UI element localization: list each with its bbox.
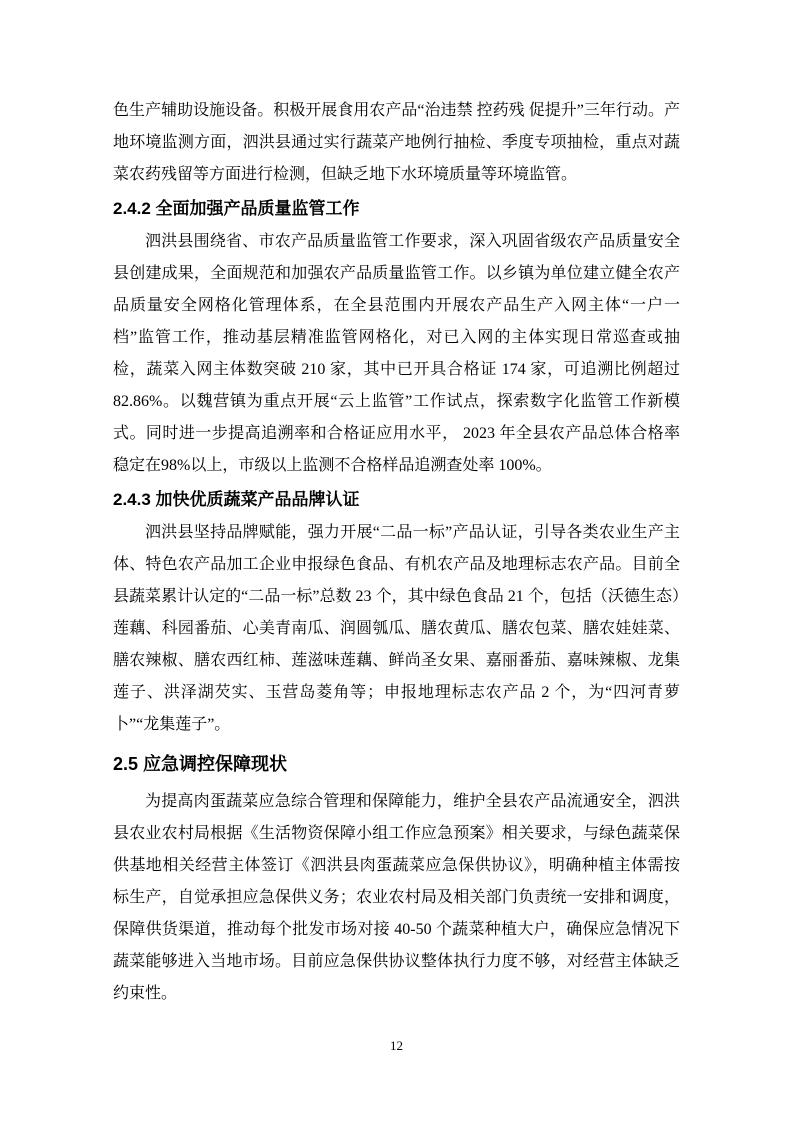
document-page: 色生产辅助设施设备。积极开展食用农产品“治违禁 控药残 促提升”三年行动。产地环… — [0, 0, 793, 1122]
document-body: 色生产辅助设施设备。积极开展食用农产品“治违禁 控药残 促提升”三年行动。产地环… — [113, 95, 680, 1010]
page-number: 12 — [390, 1038, 403, 1053]
heading-2-5-emergency-control: 2.5 应急调控保障现状 — [113, 750, 680, 778]
paragraph-production-environment: 色生产辅助设施设备。积极开展食用农产品“治违禁 控药残 促提升”三年行动。产地环… — [113, 95, 680, 191]
paragraph-emergency-supply: 为提高肉蛋蔬菜应急综合管理和保障能力，维护全县农产品流通安全，泗洪县农业农村局根… — [113, 786, 680, 1010]
paragraph-brand-certification: 泗洪县坚持品牌赋能，强力开展“二品一标”产品认证，引导各类农业生产主体、特色农产… — [113, 517, 680, 741]
paragraph-quality-supervision: 泗洪县围绕省、市农产品质量监管工作要求，深入巩固省级农产品质量安全县创建成果，全… — [113, 226, 680, 482]
heading-2-4-2-quality-supervision: 2.4.2 全面加强产品质量监管工作 — [113, 197, 680, 221]
page-footer: 12 — [0, 1037, 793, 1055]
heading-2-4-3-brand-certification: 2.4.3 加快优质蔬菜产品品牌认证 — [113, 488, 680, 512]
